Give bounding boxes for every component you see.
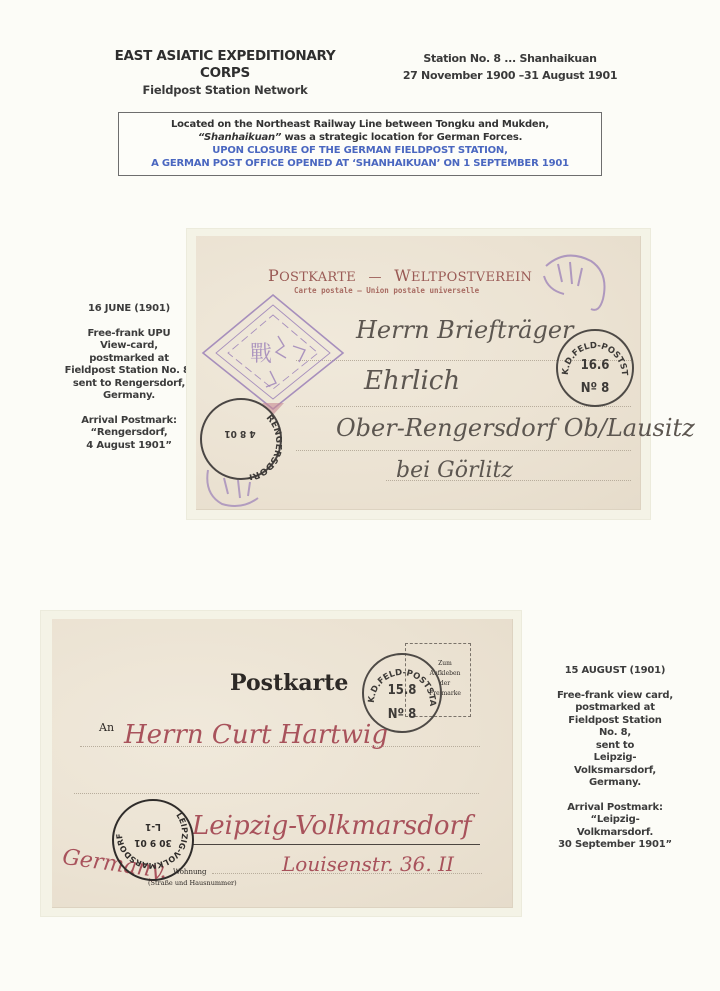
item1-arrival: Arrival Postmark: “Rengersdorf, 4 August… [52,415,206,453]
card2-an-label: An [99,721,114,734]
fieldpost-postmark: K.D.FELD-POSTSTATION 15.8 Nº 8 [362,653,442,733]
recipient-city: Leipzig-Volkmarsdorf [192,811,472,841]
fieldpost-postmark: K.D.FELD-POSTSTATION 16.6 Nº 8 [556,329,634,407]
info-line-2: “Shanhaikuan” was a strategic location f… [119,131,601,144]
page-header: EAST ASIATIC EXPEDITIONARY CORPS Fieldpo… [90,48,360,99]
arrival-date: 4 8 01 [210,428,270,439]
desc-line: View-card, [100,340,158,351]
arrival-line: 4 August 1901” [86,440,171,451]
arrival-postmark: LEIPZIG-VOLKMARSDORF L-1 30 9 01 [112,799,194,881]
desc-line: Volksmarsdorf, [574,765,656,776]
arrival-line: Volkmarsdorf. [577,827,653,838]
address-line-4: bei Görlitz [396,458,513,483]
address-line-solid [192,844,480,845]
postmark-date: 15.8 [364,683,440,698]
address-line-1: Herrn Briefträger [356,316,574,344]
desc-line: Free-frank UPU [88,328,171,339]
address-line-2: Ehrlich [364,366,460,396]
item2-arrival: Arrival Postmark: “Leipzig- Volkmarsdorf… [530,802,700,852]
desc-line: sent to Rengersdorf, [73,378,185,389]
desc-line: Germany. [103,390,155,401]
card2-title: Postkarte [230,670,348,696]
item1-date: 16 JUNE (1901) [52,303,206,316]
postmark-number: Nº 8 [558,381,632,396]
arrival-line: “Rengersdorf, [91,427,168,438]
postcard-1: POSTKARTE — WELTPOSTVEREIN Carte postale… [196,236,641,510]
desc-line: No. 8, [599,727,631,738]
desc-line: Leipzig- [594,752,637,763]
desc-line: sent to [596,740,634,751]
arrival-code: L-1 [114,821,192,832]
page-subtitle: Fieldpost Station Network [90,82,360,99]
station-info: Station No. 8 ... Shanhaikuan 27 Novembe… [395,50,625,84]
page-title: EAST ASIATIC EXPEDITIONARY CORPS [90,48,360,82]
info-box: Located on the Northeast Railway Line be… [118,112,602,176]
recipient-name: Herrn Curt Hartwig [124,720,388,750]
title-initial: P [268,266,279,285]
info-line-1: Located on the Northeast Railway Line be… [119,118,601,131]
card1-title: POSTKARTE — WELTPOSTVEREIN [268,266,532,285]
item2-caption: 15 AUGUST (1901) Free-frank view card, p… [530,665,700,864]
info-line-3: UPON CLOSURE OF THE GERMAN FIELDPOST STA… [119,144,601,157]
arrival-line: “Leipzig- [590,814,639,825]
postcard-1-mount: POSTKARTE — WELTPOSTVEREIN Carte postale… [187,229,650,519]
station-dates: 27 November 1900 –31 August 1901 [395,67,625,84]
station-name: Station No. 8 ... Shanhaikuan [395,50,625,67]
desc-line: Free-frank view card, [557,690,673,701]
arrival-date: 30 9 01 [114,837,192,848]
info-line-2-rest: was a strategic location for German Forc… [281,132,522,143]
desc-line: Fieldpost Station [568,715,661,726]
arrival-line: Arrival Postmark: [567,802,663,813]
item2-date: 15 AUGUST (1901) [530,665,700,678]
item1-caption: 16 JUNE (1901) Free-frank UPU View-card,… [52,303,206,464]
info-line-4: A GERMAN POST OFFICE OPENED AT ‘SHANHAIK… [119,157,601,170]
arrival-line: Arrival Postmark: [81,415,177,426]
item2-description: Free-frank view card, postmarked at Fiel… [530,690,700,790]
violet-cancel-icon [536,246,616,316]
postmark-number: Nº 8 [364,707,440,722]
desc-line: postmarked at [89,353,169,364]
address-line [296,450,631,451]
recipient-street: Louisenstr. 36. II [282,852,454,876]
arrival-line: 30 September 1901” [558,839,672,850]
address-line-3: Ober-Rengersdorf Ob/Lausitz [336,414,695,442]
desc-line: Fieldpost Station No. 8, [65,365,194,376]
item1-description: Free-frank UPU View-card, postmarked at … [52,328,206,403]
violet-cancel-icon [202,464,272,509]
postmark-date: 16.6 [558,358,632,373]
title-rest: ELTPOSTVEREIN [411,270,532,285]
title-initial: W [394,266,411,285]
title-dash: — [368,270,381,285]
postcard-2: Postkarte An Zum Aufkleben der Freimarke… [52,619,513,908]
desc-line: postmarked at [575,702,655,713]
desc-line: Germany. [589,777,641,788]
address-line [74,793,479,794]
title-rest: OSTKARTE [279,270,356,285]
svg-text:K.D.FELD-POSTSTATION: K.D.FELD-POSTSTATION [362,653,437,707]
svg-text:戰: 戰 [250,342,272,367]
info-line-2-italic: “Shanhaikuan” [198,132,281,143]
postcard-2-mount: Postkarte An Zum Aufkleben der Freimarke… [41,611,521,916]
